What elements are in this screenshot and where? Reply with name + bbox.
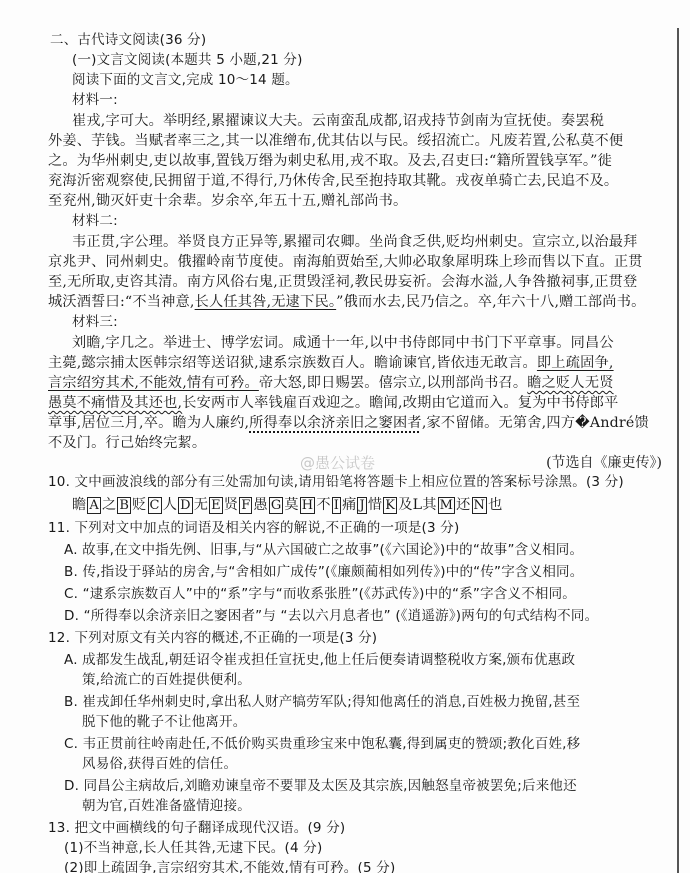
text: 帝大怒,即日赐罢。僖宗立,以刑部尚书召。 <box>259 375 527 391</box>
sentence-char: L <box>413 497 423 513</box>
material1-line: 崔戎,字可大。举明经,累擢谏议大夫。云南蛮乱成都,诏戎持节剑南为宣抚使。奏罢税 <box>72 111 604 131</box>
sentence-char: 莫 <box>284 497 298 513</box>
answer-option-box[interactable]: I <box>332 497 341 514</box>
answer-option-box[interactable]: N <box>472 497 488 514</box>
material1-line: 外姜、芋钱。当赋者率三之,其一以准缯布,优其估以与民。绥招流亡。凡废若置,公私莫… <box>48 131 623 151</box>
section-title: 二、古代诗文阅读(36 分) <box>50 30 206 50</box>
instruction: 阅读下面的文言文,完成 10～14 题。 <box>72 70 299 90</box>
sentence-char: 之 <box>102 497 116 513</box>
material1-label: 材料一: <box>72 90 118 110</box>
question-13-item: (2)即上疏固争,言宗绍穷其术,不能效,情有可矜。(5 分) <box>64 858 395 873</box>
question-12-option: B. 崔戎卸任华州刺史时,拿出私人财产犒劳军队;得知他离任的消息,百姓极力挽留,… <box>64 692 580 712</box>
material1-line: 兖海沂密观察使,民拥留于道,不得行,乃休传舍,民至抱持取其靴。戎夜单骑亡去,民追… <box>48 171 618 191</box>
question-13-stem: 13. 把文中画横线的句子翻译成现代汉语。(9 分) <box>48 818 345 838</box>
material2-line: 京兆尹、同州刺史。俄擢岭南节度使。南海舶贾始至,大帅必取象犀明珠上珍而售以下直。… <box>48 252 643 272</box>
text: ”俄而水去,民乃信之。卒,年六十八,赠工部尚书。 <box>336 294 645 310</box>
question-12-stem: 12. 下列对原文有关内容的概述,不正确的一项是(3 分) <box>48 628 377 648</box>
sentence-char: 痛 <box>342 497 356 513</box>
sentence-char: 惜 <box>368 497 382 513</box>
answer-option-box[interactable]: C <box>148 497 162 514</box>
material3-label: 材料三: <box>72 312 118 332</box>
sentence-char: 还 <box>456 497 470 513</box>
question-10-sentence: 瞻A之B贬C人D无E贤F愚G莫H不I痛J惜K及L其M还N也 <box>72 495 502 515</box>
underlined-sentence: 言宗绍穷其术,不能效,情有可矜。 <box>48 375 259 391</box>
sentence-char: 愚 <box>253 497 267 513</box>
underlined-sentence: 长人任其咎,无逮下民。 <box>195 294 337 310</box>
material2-line: 城沃酒誓曰:“不当神意,长人任其咎,无逮下民。”俄而水去,民乃信之。卒,年六十八… <box>48 292 645 312</box>
material2-line: 至,无所取,吏咨其清。南方风俗右鬼,正贯毁淫祠,教民毋妄祈。会海水溢,人争咎撤祠… <box>48 272 637 292</box>
material3-line: 章事,居位三月,卒。瞻为人廉约,所得奉以余济亲旧之窭困者,家不留储。无第舍,四方… <box>48 413 649 433</box>
question-12-option-cont: 策,给流亡的百姓提供便利。 <box>82 670 251 690</box>
material2-line: 韦正贯,字公理。举贤良方正异等,累擢司农卿。坐尚食乏供,贬均州刺史。宣宗立,以治… <box>72 232 638 252</box>
material1-line: 之。为华州刺史,吏以故事,置钱万缗为刺史私用,戎不取。及去,召吏曰:“籍所置钱享… <box>48 151 612 171</box>
section-subtitle: (一)文言文阅读(本题共 5 小题,21 分) <box>72 50 303 70</box>
text: 城沃酒誓曰:“不当神意, <box>48 294 195 310</box>
answer-option-box[interactable]: K <box>383 497 397 514</box>
answer-option-box[interactable]: B <box>117 497 131 514</box>
watermark: @愚公试卷 <box>300 452 375 473</box>
question-12-option: C. 韦正贯前往岭南赴任,不低价购买贵重珍宝来中饱私囊,得到属吏的赞颂;教化百姓… <box>64 734 580 754</box>
answer-option-box[interactable]: E <box>209 497 223 514</box>
question-13-item: (1)不当神意,长人任其咎,无逮下民。(4 分) <box>64 838 322 858</box>
sentence-char: 瞻 <box>72 497 86 513</box>
sentence-char: 及 <box>398 497 412 513</box>
exam-page: 二、古代诗文阅读(36 分) (一)文言文阅读(本题共 5 小题,21 分) 阅… <box>0 0 690 873</box>
question-10-stem: 10. 文中画波浪线的部分有三处需加句读,请用铅笔将答题卡上相应位置的答案标号涂… <box>48 472 624 492</box>
answer-option-box[interactable]: H <box>300 497 316 514</box>
sentence-char: 人 <box>163 497 177 513</box>
question-12-option-cont: 朝为官,百姓准备盛情迎接。 <box>82 796 251 816</box>
text: ,家不留储。无第舍,四方�André馈 <box>422 415 649 431</box>
answer-option-box[interactable]: A <box>87 497 101 514</box>
text: 主薨,懿宗捕太医韩宗绍等送诏狱,逮系宗族数百人。瞻谕谏官,皆依违无敢言。 <box>48 355 537 371</box>
answer-option-box[interactable]: M <box>438 497 456 514</box>
answer-option-box[interactable]: G <box>269 497 284 514</box>
question-11-stem: 11. 下列对文中加点的词语及相关内容的解说,不正确的一项是(3 分) <box>48 518 459 538</box>
answer-option-box[interactable]: J <box>357 497 366 514</box>
material3-line: 言宗绍穷其术,不能效,情有可矜。帝大怒,即日赐罢。僖宗立,以刑部尚书召。瞻之贬人… <box>48 373 614 393</box>
question-12-option: A. 成都发生战乱,朝廷诏令崔戎担任宣抚史,他上任后便奏请调整税收方案,颁布优惠… <box>64 650 575 670</box>
sentence-char: 贤 <box>224 497 238 513</box>
source-citation: (节选自《廉吏传》) <box>546 452 662 472</box>
text: 长安两市人率钱雇百戏迎之。瞻闻,改期由它道而入。复为中书侍郎平 <box>182 395 618 411</box>
material3-line: 不及门。行己始终完絜。 <box>48 433 206 453</box>
material3-line: 愚莫不痛惜及其还也,长安两市人率钱雇百戏迎之。瞻闻,改期由它道而入。复为中书侍郎… <box>48 393 619 413</box>
dotted-underlined-text: 所得奉以余济亲旧之窭困者 <box>249 415 422 431</box>
answer-option-box[interactable]: D <box>178 497 193 514</box>
question-11-option: B. 传,指设于驿站的房舍,与“舍相如广成传”(《廉颇蔺相如列传》)中的“传”字… <box>64 562 583 582</box>
material3-line: 主薨,懿宗捕太医韩宗绍等送诏狱,逮系宗族数百人。瞻谕谏官,皆依违无敢言。即上疏固… <box>48 353 614 373</box>
question-12-option-cont: 脱下他的靴子不让他离开。 <box>82 712 246 732</box>
text: 章事,居位三月,卒。瞻为人廉约, <box>48 415 249 431</box>
wavy-underlined-text: 瞻之贬人无贤 <box>527 375 613 391</box>
material2-label: 材料二: <box>72 211 118 231</box>
sentence-char: 也 <box>488 497 502 513</box>
page-border <box>677 28 679 873</box>
question-11-option: C. “逮系宗族数百人”中的“系”字与“而收系张胜”(《苏武传》)中的“系”字含… <box>64 584 576 604</box>
answer-option-box[interactable]: F <box>239 497 252 514</box>
question-11-option: D. “所得奉以余济亲旧之窭困者”与 “去以六月息者也” (《逍遥游》)两句的句… <box>64 606 598 626</box>
sentence-char: 其 <box>422 497 436 513</box>
sentence-char: 无 <box>194 497 208 513</box>
question-11-option: A. 故事,在文中指先例、旧事,与“从六国破亡之故事”(《六国论》)中的“故事”… <box>64 540 583 560</box>
material1-line: 至兖州,锄灭奸吏十余辈。岁余卒,年五十五,赠礼部尚书。 <box>48 191 407 211</box>
underlined-sentence: 即上疏固争, <box>537 355 614 371</box>
sentence-char: 贬 <box>132 497 146 513</box>
question-12-option: D. 同昌公主病故后,刘瞻劝谏皇帝不要罪及太医及其宗族,因触怒皇帝被罢免;后来他… <box>64 776 577 796</box>
wavy-underlined-text: 愚莫不痛惜及其还也, <box>48 395 182 411</box>
material3-line: 刘瞻,字几之。举进士、博学宏词。咸通十一年,以中书侍郎同中书门下平章事。同昌公 <box>72 333 614 353</box>
question-12-option-cont: 风易俗,获得百姓的信任。 <box>82 754 237 774</box>
sentence-char: 不 <box>316 497 330 513</box>
